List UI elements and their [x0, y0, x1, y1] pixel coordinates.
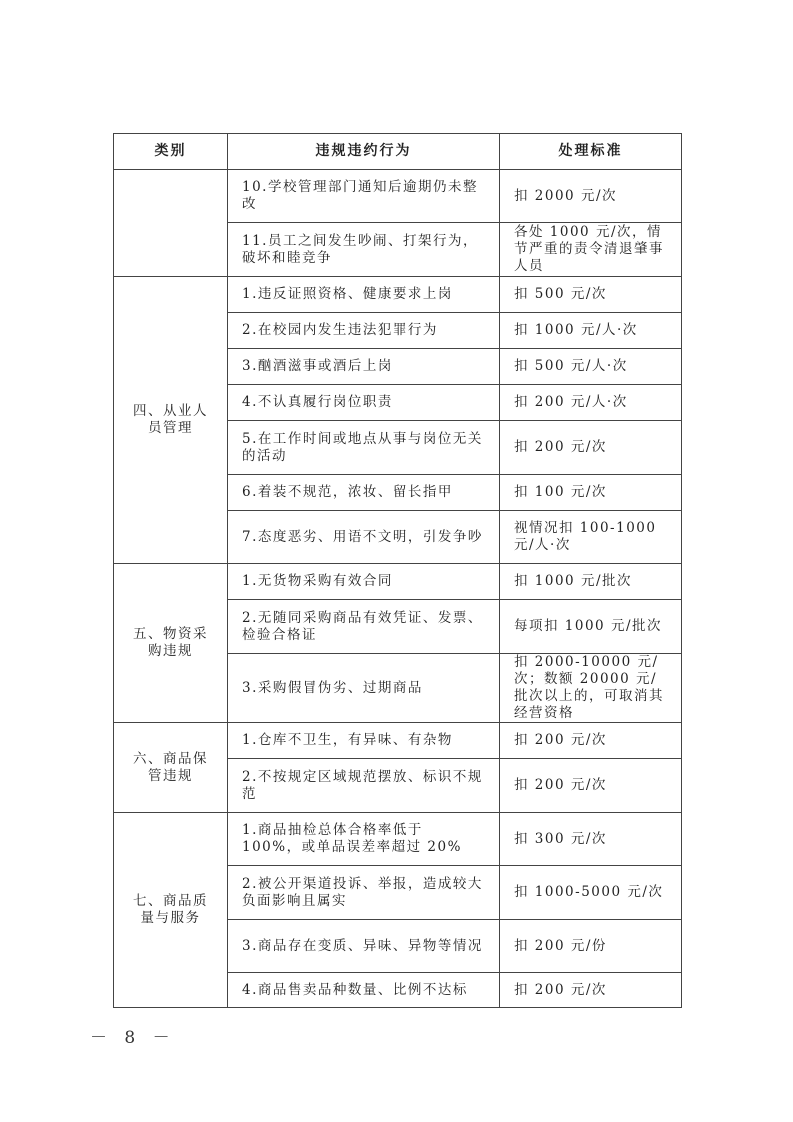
behavior-cell: 1.无货物采购有效合同 — [228, 564, 500, 600]
header-behavior: 违规违约行为 — [228, 134, 500, 170]
standard-cell: 扣 1000-5000 元/次 — [500, 866, 682, 920]
behavior-cell: 1.仓库不卫生，有异味、有杂物 — [228, 723, 500, 759]
behavior-cell: 3.酗酒滋事或酒后上岗 — [228, 349, 500, 385]
behavior-cell: 2.被公开渠道投诉、举报，造成较大负面影响且属实 — [228, 866, 500, 920]
table-row: 五、物资采购违规 1.无货物采购有效合同 扣 1000 元/批次 — [114, 564, 682, 600]
standard-cell: 扣 100 元/次 — [500, 475, 682, 511]
category-cell — [114, 170, 228, 277]
header-standard: 处理标准 — [500, 134, 682, 170]
standard-cell: 视情况扣 100-1000 元/人·次 — [500, 511, 682, 564]
behavior-cell: 10.学校管理部门通知后逾期仍未整改 — [228, 170, 500, 223]
standard-cell: 扣 300 元/次 — [500, 813, 682, 866]
behavior-cell: 2.不按规定区域规范摆放、标识不规范 — [228, 759, 500, 813]
table-row: 四、从业人员管理 1.违反证照资格、健康要求上岗 扣 500 元/次 — [114, 277, 682, 313]
behavior-cell: 1.商品抽检总体合格率低于 100%，或单品误差率超过 20% — [228, 813, 500, 866]
behavior-cell: 3.商品存在变质、异味、异物等情况 — [228, 920, 500, 973]
standard-cell: 扣 2000 元/次 — [500, 170, 682, 223]
behavior-cell: 2.无随同采购商品有效凭证、发票、检验合格证 — [228, 600, 500, 654]
category-cell: 七、商品质量与服务 — [114, 813, 228, 1008]
standard-cell: 扣 200 元/次 — [500, 759, 682, 813]
standard-cell: 扣 200 元/次 — [500, 421, 682, 475]
behavior-cell: 2.在校园内发生违法犯罪行为 — [228, 313, 500, 349]
header-category: 类别 — [114, 134, 228, 170]
behavior-cell: 1.违反证照资格、健康要求上岗 — [228, 277, 500, 313]
standard-cell: 扣 500 元/次 — [500, 277, 682, 313]
standard-cell: 扣 200 元/份 — [500, 920, 682, 973]
behavior-cell: 4.不认真履行岗位职责 — [228, 385, 500, 421]
page-number: － 8 － — [90, 1023, 176, 1048]
behavior-cell: 7.态度恶劣、用语不文明，引发争吵 — [228, 511, 500, 564]
category-cell: 五、物资采购违规 — [114, 564, 228, 723]
standard-cell: 扣 1000 元/人·次 — [500, 313, 682, 349]
table-row: 七、商品质量与服务 1.商品抽检总体合格率低于 100%，或单品误差率超过 20… — [114, 813, 682, 866]
violation-standards-table: 类别 违规违约行为 处理标准 10.学校管理部门通知后逾期仍未整改 扣 2000… — [113, 133, 682, 1008]
table-row: 10.学校管理部门通知后逾期仍未整改 扣 2000 元/次 — [114, 170, 682, 223]
standard-cell: 扣 200 元/次 — [500, 723, 682, 759]
behavior-cell: 4.商品售卖品种数量、比例不达标 — [228, 973, 500, 1008]
table-row: 六、商品保管违规 1.仓库不卫生，有异味、有杂物 扣 200 元/次 — [114, 723, 682, 759]
category-cell: 六、商品保管违规 — [114, 723, 228, 813]
standard-cell: 每项扣 1000 元/批次 — [500, 600, 682, 654]
behavior-cell: 11.员工之间发生吵闹、打架行为，破坏和睦竞争 — [228, 223, 500, 277]
standard-cell: 扣 500 元/人·次 — [500, 349, 682, 385]
standard-cell: 扣 200 元/次 — [500, 973, 682, 1008]
standard-cell: 扣 2000-10000 元/次；数额 20000 元/批次以上的，可取消其经营… — [500, 654, 682, 723]
category-cell: 四、从业人员管理 — [114, 277, 228, 564]
standard-cell: 扣 200 元/人·次 — [500, 385, 682, 421]
behavior-cell: 6.着装不规范，浓妆、留长指甲 — [228, 475, 500, 511]
standard-cell: 扣 1000 元/批次 — [500, 564, 682, 600]
behavior-cell: 3.采购假冒伪劣、过期商品 — [228, 654, 500, 723]
behavior-cell: 5.在工作时间或地点从事与岗位无关的活动 — [228, 421, 500, 475]
table-header-row: 类别 违规违约行为 处理标准 — [114, 134, 682, 170]
standard-cell: 各处 1000 元/次，情节严重的责令清退肇事人员 — [500, 223, 682, 277]
